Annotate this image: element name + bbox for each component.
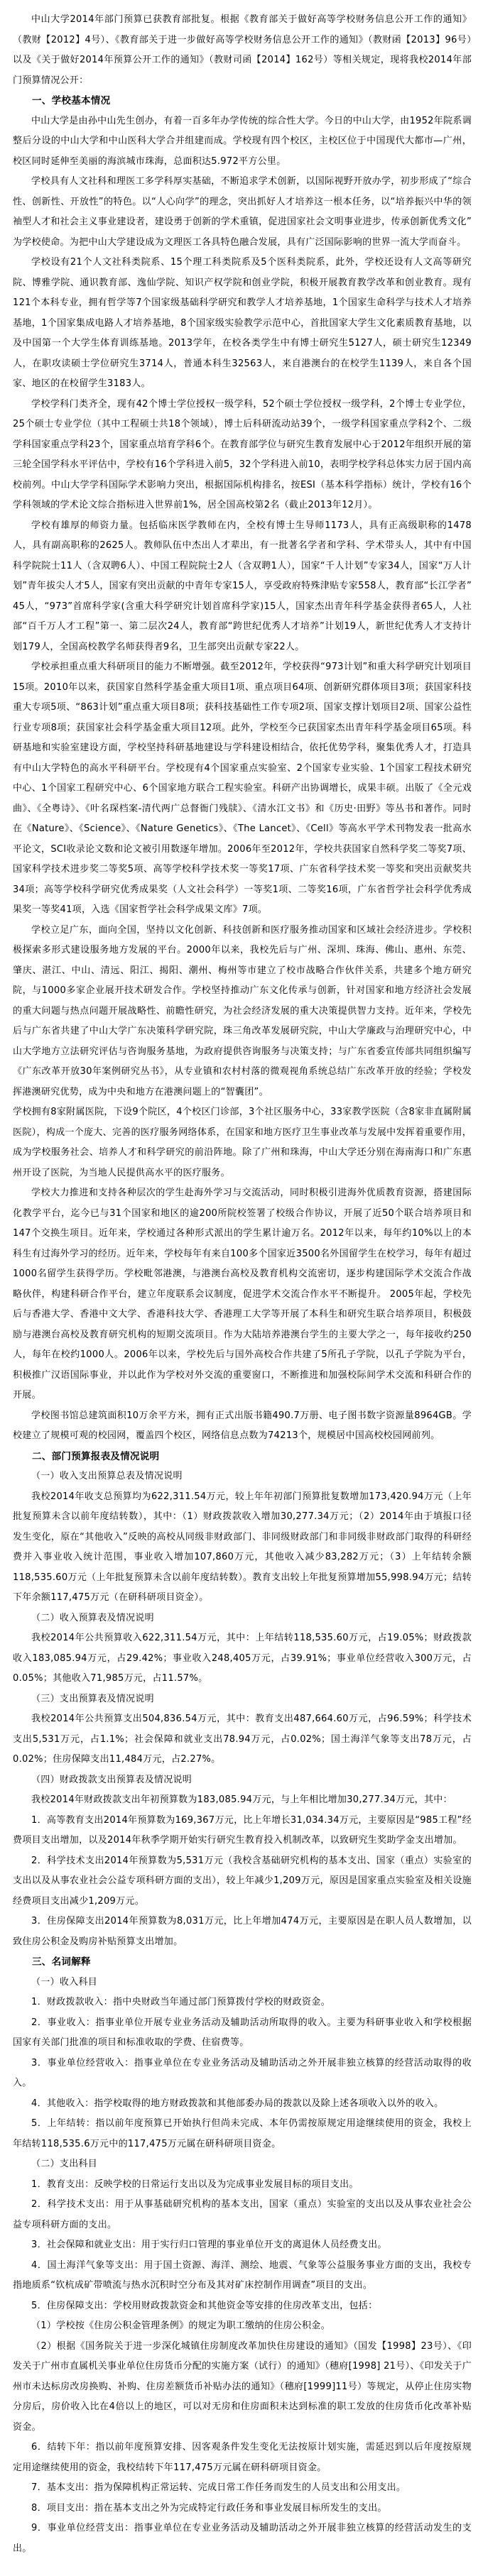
list-item-term-project-expense: 8．项目支出：指在基本支出之外为完成特定行政任务和事业发展目标所发生的支出。 bbox=[13, 2499, 472, 2519]
sub-heading-income-expense-summary: （一）收入支出预算总表及情况说明 bbox=[13, 1467, 472, 1487]
budget-disclosure-document: 中山大学2014年部门预算已获教育部批复。根据《教育部关于做好高等学校财务信息公… bbox=[0, 0, 483, 2576]
list-item-term-land-ocean-expense: 4．国土海洋气象等支出：用于国土资源、海洋、测绘、地震、气象等公益服务事业方面的… bbox=[13, 2256, 472, 2296]
sub-heading-fiscal-appropriation: （四）财政拨款支出预算表及情况说明 bbox=[13, 1770, 472, 1791]
list-item-term-business-income: 3．事业单位经营收入：指事业单位在专业业务活动及辅助活动之外开展非独立核算的经营… bbox=[13, 2054, 472, 2094]
list-item-term-housing-expense: 5．住房保障支出：学校用财政拨款资金和其他资金等安排的住房改革支出，包括： bbox=[13, 2296, 472, 2317]
sub-heading-expense-table: （三）支出预算表及情况说明 bbox=[13, 1689, 472, 1710]
paragraph-research-projects: 学校承担重点重大科研项目的能力不断增强。截至2012年，学校获得“973计划”和… bbox=[13, 657, 472, 921]
paragraph-international: 学校大力推进和支持各种层次的学生赴海外学习与交流活动，同时积极引进海外优质教育资… bbox=[13, 1183, 472, 1406]
section-3-heading: 三、名词解释 bbox=[13, 1952, 472, 1973]
paragraph-hospitals: 学校拥有8家附属医院，下设9个院区，4个校区门诊部，3个社区服务中心，33家教学… bbox=[13, 1102, 472, 1183]
intro-paragraph: 中山大学2014年部门预算已获教育部批复。根据《教育部关于做好高等学校财务信息公… bbox=[13, 10, 472, 91]
paragraph-library-network: 学校图书馆总建筑面积10万余平方米，拥有正式出版书籍490.7万册、电子图书数字… bbox=[13, 1406, 472, 1447]
list-item-science-tech-expense: 2．科学技术支出2014年预算数为5,531万元（我校含基础研究机构的基本支出、… bbox=[13, 1851, 472, 1912]
list-item-term-carryover-income: 5．上年结转：指以前年度预算已开始执行但尚未完成、本年仍需按原规定用途继续使用的… bbox=[13, 2114, 472, 2154]
list-item-term-science-expense: 2．科学技术支出：用于从事基础研究机构的基本支出，国家（重点）实验室的支出以及从… bbox=[13, 2195, 472, 2235]
list-item-term-education-expense: 1．教育支出：反映学校的日常运行支出以及为完成事业发展目标的项目支出。 bbox=[13, 2175, 472, 2196]
list-item-term-housing-subsidy: （2）根据《国务院关于进一步深化城镇住房制度改革加快住房建设的通知》（国发【19… bbox=[13, 2337, 472, 2438]
list-item-term-other-income: 4．其他收入：指学校取得的地方财政拨款和其他部委办局的拨款以及除上述各项收入以外… bbox=[13, 2094, 472, 2115]
paragraph-school-mission: 学校具有人文社科和理医工多学科厚实基础，不断追求学术创新，以国际视野开放办学，初… bbox=[13, 172, 472, 253]
paragraph-income-breakdown: 我校2014年公共预算收入622,311.54万元，其中：上年结转118,535… bbox=[13, 1628, 472, 1689]
list-item-term-fiscal-income: 1．财政拨款收入：指中央财政当年通过部门预算拨付学校的财政资金。 bbox=[13, 1993, 472, 2013]
paragraph-disciplines: 学校学科门类齐全，现有42个博士学位授权一级学科，52个硕士学位授权一级学科，2… bbox=[13, 395, 472, 516]
list-item-term-social-security-expense: 3．社会保障和就业支出：用于实行归口管理的事业单位开支的离退休人员经费支出。 bbox=[13, 2235, 472, 2256]
paragraph-appropriation-summary: 我校2014年财政拨款支出年初预算数为183,085.94万元，与上年相比增加3… bbox=[13, 1790, 472, 1811]
paragraph-budget-summary: 我校2014年收支总预算均为622,311.54万元，较上年年初部门预算批复数增… bbox=[13, 1487, 472, 1608]
list-item-housing-expense: 3．住房保障支出2014年预算数为8,031万元，比上年增加474万元，主要原因… bbox=[13, 1912, 472, 1952]
section-1-heading: 一、学校基本情况 bbox=[13, 91, 472, 111]
list-item-higher-education-expense: 1．高等教育支出2014年预算数为169,367万元，比上年增长31,034.3… bbox=[13, 1811, 472, 1851]
list-item-term-operating-income: 2．事业收入：指事业单位开展专业业务活动及辅助活动所取得的收入。主要为科研事业收… bbox=[13, 2013, 472, 2054]
paragraph-regional-service: 学校立足广东，面向全国，坚持以文化创新、科技创新和医疗服务推动国家和区域社会经济… bbox=[13, 921, 472, 1103]
paragraph-departments-students: 学校设有21个人文社科类院系、15个理工科类院系及5个医科类院系，此外，学校还设… bbox=[13, 253, 472, 395]
paragraph-school-history: 中山大学是由孙中山先生创办，有着一百多年办学传统的综合性大学。今日的中山大学，由… bbox=[13, 111, 472, 172]
section-2-heading: 二、部门预算报表及情况说明 bbox=[13, 1447, 472, 1467]
list-item-term-basic-expense: 7．基本支出：指为保障机构正常运转、完成日常工作任务而发生的人员支出和公用支出。 bbox=[13, 2478, 472, 2499]
paragraph-faculty: 学校有雄厚的师资力量。包括临床医学教师在内，全校有博士生导师1173人，具有正高… bbox=[13, 516, 472, 658]
paragraph-expense-breakdown: 我校2014年公共预算支出504,836.54万元，其中：教育支出487,664… bbox=[13, 1709, 472, 1770]
sub-heading-expense-terms: （二）支出科目 bbox=[13, 2154, 472, 2175]
sub-heading-income-terms: （一）收入科目 bbox=[13, 1973, 472, 1993]
sub-heading-income-table: （二）收入预算表及情况说明 bbox=[13, 1608, 472, 1629]
list-item-term-carryover-next-year: 6．结转下年：指以前年度预算安排、因客观条件发生变化无法按原计划实施，需延迟到以… bbox=[13, 2438, 472, 2478]
list-item-term-housing-fund: （1）学校按《住房公积金管理条例》的规定为职工缴纳的住房公积金。 bbox=[13, 2316, 472, 2337]
list-item-term-business-expense: 9．事业单位经营支出：指事业单位在专业业务活动及辅助活动之外开展非独立核算的经营… bbox=[13, 2519, 472, 2559]
